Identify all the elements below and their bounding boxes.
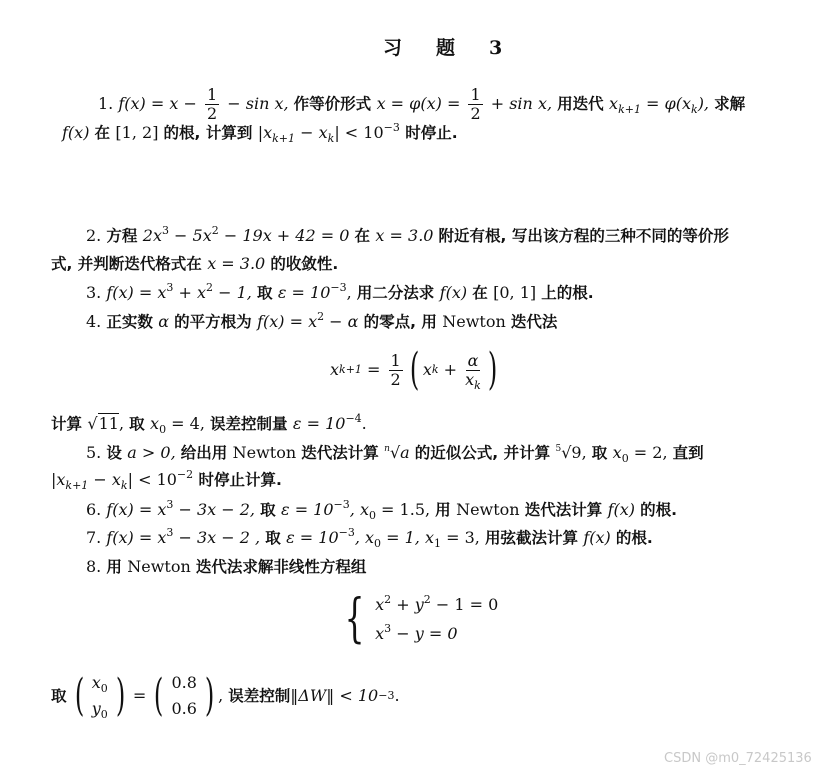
math: − 1, [213, 283, 257, 302]
math: x [150, 414, 159, 433]
text: 式, 并判断迭代格式在 [51, 255, 207, 273]
subscript: 0 [101, 682, 108, 695]
text: 给出用 [181, 444, 233, 462]
math: f(x) = x [106, 283, 166, 302]
problem-7: 7. f(x) = x3 − 3x − 2 , 取 ε = 10−3, x0 =… [86, 528, 653, 548]
text: 的零点, 用 [364, 313, 443, 331]
superscript: 2 [212, 224, 219, 237]
text: 求解 [714, 95, 745, 113]
math: x [375, 595, 384, 614]
math: Newton [456, 500, 525, 519]
problem-1-line-1: 1. f(x) = x − 12 − sin x, 作等价形式 x = φ(x)… [98, 86, 745, 123]
problem-number: 4. [86, 312, 101, 331]
math: Newton [233, 443, 302, 462]
problem-3: 3. f(x) = x3 + x2 − 1, 取 ε = 10−3, 用二分法求… [86, 283, 594, 303]
math: . [362, 414, 367, 433]
text: 时停止计算. [193, 471, 282, 489]
text: 取 [592, 444, 613, 462]
text: 用 [106, 558, 127, 576]
math: = 2, [629, 443, 673, 462]
subscript: 0 [101, 708, 108, 721]
text: 迭代法计算 [525, 501, 608, 519]
text: 用 [435, 501, 456, 519]
text: 在 [95, 124, 116, 142]
text: 的根. [616, 529, 653, 547]
equation-1: x2 + y2 − 1 = 0 [375, 590, 498, 619]
text: 取 [265, 529, 286, 547]
math: − x [88, 470, 121, 489]
math: + y [391, 595, 424, 614]
math: − 3x − 2, [173, 500, 260, 519]
problem-number: 8. [86, 557, 101, 576]
text: 用弦截法计算 [485, 529, 583, 547]
text: 取 [257, 284, 278, 302]
superscript: −2 [177, 468, 193, 481]
math: x = 3.0 [207, 254, 270, 273]
text: 上的根. [541, 284, 593, 302]
text: 迭代法计算 [301, 444, 384, 462]
math: ε = 10 [286, 528, 339, 547]
fraction: 12 [468, 86, 482, 123]
math: f(x) [608, 500, 641, 519]
title-number: 3 [489, 37, 502, 59]
text: 在 [355, 227, 376, 245]
vector-initial-vars: x0y0 [92, 670, 108, 722]
subscript: k+1 [65, 479, 88, 492]
math: f(x) [583, 528, 616, 547]
text: 时停止. [400, 124, 458, 142]
math: x = 3.0 [375, 226, 438, 245]
problem-4-line-2: 计算 √11, 取 x0 = 4, 误差控制量 ε = 10−4. [51, 414, 367, 434]
left-paren: ( [74, 674, 83, 718]
superscript: 2 [424, 593, 431, 606]
superscript: 2 [206, 281, 213, 294]
math: y [92, 699, 101, 718]
math: , x [350, 500, 369, 519]
superscript: −3 [334, 498, 350, 511]
math: x [609, 94, 618, 113]
math: − 1 = 0 [431, 595, 499, 614]
fraction: αxk [465, 352, 481, 389]
fifth-root: √9 [561, 443, 581, 462]
superscript: 3 [162, 224, 169, 237]
math: = 4, [166, 414, 210, 433]
problem-5-line-2: |xk+1 − xk| < 10−2 时停止计算. [51, 470, 282, 490]
math: x [330, 360, 339, 380]
text: 用二分法求 [357, 284, 440, 302]
text: 直到 [673, 444, 704, 462]
problem-4-line-1: 4. 正实数 α 的平方根为 f(x) = x2 − α 的零点, 用 Newt… [86, 312, 557, 332]
title-char-1: 习 [383, 37, 402, 59]
problem-number: 2. [86, 226, 101, 245]
problem-4-formula: xk+1 = 12(xk + αxk) [330, 348, 501, 392]
superscript: −3 [339, 526, 355, 539]
math: f(x) = x [106, 500, 166, 519]
denominator: 2 [391, 371, 401, 389]
math: f(x) = x [257, 312, 317, 331]
subscript: 0 [369, 509, 376, 522]
math: − x [295, 123, 328, 142]
math: ε = 10 [281, 500, 334, 519]
superscript: −3 [384, 121, 400, 134]
text: 误差控制量 [210, 415, 293, 433]
math: | < 10 [334, 123, 383, 142]
math: + [439, 360, 463, 380]
problem-1-line-2: f(x) 在 [1, 2] 的根, 计算到 |xk+1 − xk| < 10−3… [62, 123, 458, 143]
math: ‖ΔW‖ < 10 [290, 686, 378, 706]
math: Newton [127, 557, 196, 576]
right-paren: ) [116, 674, 125, 718]
math: f(x) = x − [118, 94, 202, 113]
superscript: −3 [330, 281, 346, 294]
problem-number: 3. [86, 283, 101, 302]
superscript: −4 [345, 412, 361, 425]
right-paren: ) [205, 674, 214, 718]
math: f(x) [440, 283, 473, 302]
problem-number: 1. [98, 94, 113, 113]
subscript: 0 [374, 537, 381, 550]
math: − 5x [169, 226, 212, 245]
text: 正实数 [106, 313, 158, 331]
problem-6: 6. f(x) = x3 − 3x − 2, 取 ε = 10−3, x0 = … [86, 500, 677, 520]
problem-8-line-1: 8. 用 Newton 迭代法求解非线性方程组 [86, 557, 366, 577]
math: = 1, x [381, 528, 434, 547]
text: 在 [472, 284, 493, 302]
text: 的平方根为 [174, 313, 257, 331]
math: = 1.5, [376, 500, 435, 519]
math: − y = 0 [391, 624, 457, 643]
math: a > 0, [127, 443, 180, 462]
math: Newton [442, 312, 511, 331]
text: 误差控制 [228, 686, 290, 706]
problem-number: 6. [86, 500, 101, 519]
numerator: α [466, 352, 481, 371]
title-char-2: 题 [436, 37, 455, 59]
math: = φ(x [641, 94, 691, 113]
vector-initial-values: 0.80.6 [171, 670, 196, 722]
problem-number: 7. [86, 528, 101, 547]
math: + x [173, 283, 206, 302]
math: x [92, 673, 101, 692]
math: α [158, 312, 174, 331]
problem-8-line-2: 取 ( x0y0 ) = ( 0.80.6 ) , 误差控制 ‖ΔW‖ < 10… [51, 670, 400, 722]
math: , [582, 443, 592, 462]
text: 的根, 计算到 [164, 124, 258, 142]
left-brace: { [345, 593, 365, 645]
math: , [119, 414, 129, 433]
denominator: 2 [207, 105, 217, 123]
fraction: 12 [389, 352, 403, 389]
text: 设 [106, 444, 127, 462]
value: 0.8 [171, 670, 196, 696]
math: ε = 10 [293, 414, 346, 433]
math: , [218, 686, 228, 706]
text: 的近似公式, 并计算 [415, 444, 556, 462]
denominator: x [465, 370, 474, 389]
value: 0.6 [171, 696, 196, 722]
problem-2-line-2: 式, 并判断迭代格式在 x = 3.0 的收敛性. [51, 254, 338, 274]
problem-number: 5. [86, 443, 101, 462]
math: − 3x − 2 , [173, 528, 265, 547]
math: |x [258, 123, 272, 142]
math: . [394, 686, 399, 706]
text: 计算 [51, 415, 87, 433]
math: − 19x + 42 = 0 [219, 226, 355, 245]
problem-2-line-1: 2. 方程 2x3 − 5x2 − 19x + 42 = 0 在 x = 3.0… [86, 226, 729, 246]
math: x [375, 624, 384, 643]
math: − α [324, 312, 363, 331]
text: 迭代法求解非线性方程组 [196, 558, 367, 576]
text: 作等价形式 [294, 95, 377, 113]
text: 取 [260, 501, 281, 519]
text: 迭代法 [511, 313, 558, 331]
numerator: 1 [205, 86, 219, 105]
text: 的根. [640, 501, 677, 519]
math: + sin x, [486, 94, 558, 113]
math: = 3, [441, 528, 485, 547]
nth-root: √a [390, 443, 415, 462]
equals: = [133, 686, 146, 706]
subscript: 0 [622, 452, 629, 465]
math: , [347, 283, 357, 302]
text: 附近有根, 写出该方程的三种不同的等价形 [439, 227, 729, 245]
equation-system: { x2 + y2 − 1 = 0 x3 − y = 0 [338, 590, 498, 648]
page-title: 习题3 [383, 33, 502, 60]
math: = [362, 360, 386, 380]
subscript: k [121, 479, 128, 492]
math: f(x) [62, 123, 95, 142]
math: x = φ(x) = [377, 94, 466, 113]
math: f(x) = x [106, 528, 166, 547]
numerator: 1 [389, 352, 403, 371]
problem-5-line-1: 5. 设 a > 0, 给出用 Newton 迭代法计算 n√a 的近似公式, … [86, 443, 704, 463]
text: 的收敛性. [270, 255, 338, 273]
numerator: 1 [468, 86, 482, 105]
math: [0, 1] [493, 283, 541, 302]
math: 2x [143, 226, 162, 245]
math: x [613, 443, 622, 462]
text: 取 [129, 415, 150, 433]
math: , x [355, 528, 374, 547]
radicand: 11 [98, 413, 119, 433]
subscript: k [474, 379, 481, 392]
math: ), [698, 94, 714, 113]
math: − sin x, [222, 94, 294, 113]
subscript: 1 [434, 537, 441, 550]
equation-2: x3 − y = 0 [375, 619, 498, 648]
subscript: k+1 [272, 132, 295, 145]
text: 方程 [106, 227, 142, 245]
left-paren: ( [410, 348, 419, 392]
denominator: 2 [470, 105, 480, 123]
math: | < 10 [128, 470, 177, 489]
subscript: k+1 [618, 103, 641, 116]
subscript: k [691, 103, 698, 116]
sqrt-icon: √ [87, 414, 97, 433]
math: |x [51, 470, 65, 489]
math: x [423, 360, 432, 380]
watermark: CSDN @m0_72425136 [664, 751, 812, 766]
equation-list: x2 + y2 − 1 = 0 x3 − y = 0 [375, 590, 498, 648]
text: 用迭代 [557, 95, 609, 113]
right-paren: ) [488, 348, 497, 392]
text: 取 [51, 686, 67, 706]
left-paren: ( [154, 674, 163, 718]
fraction: 12 [205, 86, 219, 123]
math: ε = 10 [278, 283, 331, 302]
math: [1, 2] [115, 123, 163, 142]
